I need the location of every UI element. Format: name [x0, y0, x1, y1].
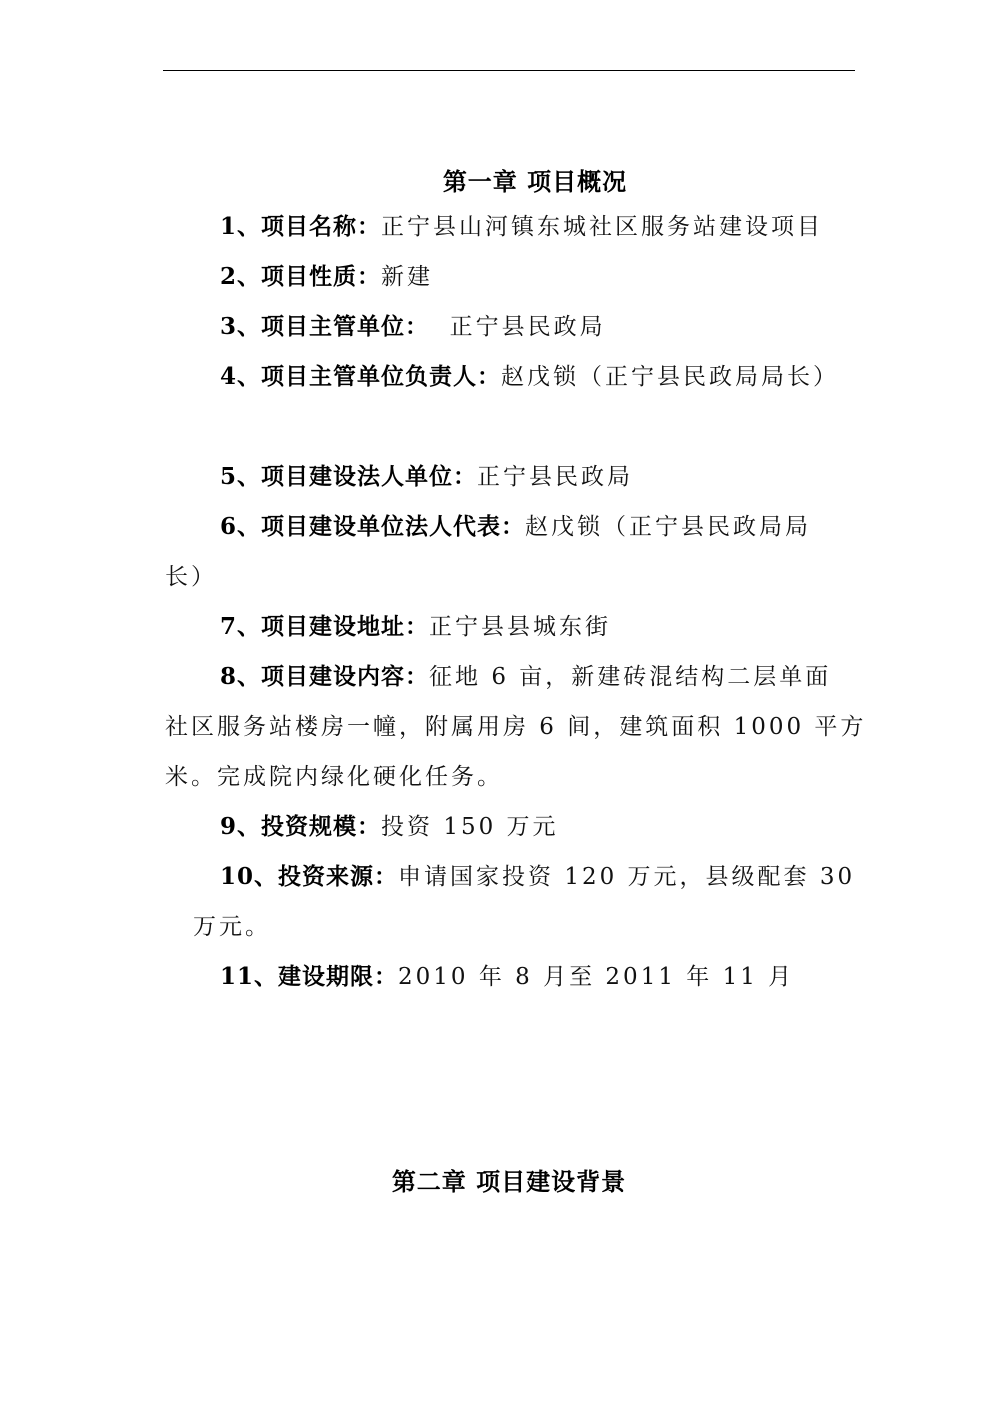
item-legal-entity: 5、项目建设法人单位：正宁县民政局 — [220, 462, 633, 492]
item-investment-source-cont: 万元。 — [193, 912, 271, 942]
item-investment-scale: 9、投资规模：投资 150 万元 — [220, 812, 559, 842]
item-investment-source: 10、投资来源：申请国家投资 120 万元，县级配套 30 — [220, 862, 855, 892]
item-legal-representative-cont: 长） — [165, 562, 217, 592]
item-label: 4、项目主管单位负责人： — [220, 363, 501, 390]
item-construction-content-cont2: 米。完成院内绿化硬化任务。 — [165, 762, 503, 792]
item-construction-content: 8、项目建设内容：征地 6 亩，新建砖混结构二层单面 — [220, 662, 831, 692]
item-value: 投资 150 万元 — [381, 814, 559, 840]
item-label: 3、项目主管单位： — [220, 313, 429, 340]
item-value: 正宁县民政局 — [477, 464, 633, 490]
item-construction-address: 7、项目建设地址：正宁县县城东街 — [220, 612, 611, 642]
item-label: 6、项目建设单位法人代表： — [220, 513, 525, 540]
item-value: 征地 6 亩，新建砖混结构二层单面 — [429, 664, 831, 690]
item-value: 正宁县山河镇东城社区服务站建设项目 — [381, 214, 823, 240]
item-label: 8、项目建设内容： — [220, 663, 429, 690]
item-label: 5、项目建设法人单位： — [220, 463, 477, 490]
item-value: 2010 年 8 月至 2011 年 11 月 — [398, 964, 794, 990]
item-label: 2、项目性质： — [220, 263, 381, 290]
header-rule — [163, 70, 855, 71]
item-supervising-unit: 3、项目主管单位： 正宁县民政局 — [220, 312, 606, 342]
item-supervising-unit-head: 4、项目主管单位负责人：赵戊锁（正宁县民政局局长） — [220, 362, 839, 392]
item-label: 10、投资来源： — [220, 863, 398, 890]
item-label: 7、项目建设地址： — [220, 613, 429, 640]
item-label: 11、建设期限： — [220, 963, 398, 990]
item-construction-content-cont: 社区服务站楼房一幢，附属用房 6 间，建筑面积 1000 平方 — [165, 712, 866, 742]
item-value: 申请国家投资 120 万元，县级配套 30 — [398, 864, 855, 890]
item-value: 赵戊锁（正宁县民政局局 — [525, 514, 811, 540]
chapter-2-title: 第二章 项目建设背景 — [0, 1162, 993, 1197]
item-label: 1、项目名称： — [220, 213, 381, 240]
item-label: 9、投资规模： — [220, 813, 381, 840]
item-value: 正宁县民政局 — [429, 314, 606, 340]
item-value: 新建 — [381, 264, 433, 290]
item-legal-representative: 6、项目建设单位法人代表：赵戊锁（正宁县民政局局 — [220, 512, 811, 542]
item-value: 赵戊锁（正宁县民政局局长） — [501, 364, 839, 390]
item-value: 正宁县县城东街 — [429, 614, 611, 640]
item-project-nature: 2、项目性质：新建 — [220, 262, 433, 292]
item-project-name: 1、项目名称：正宁县山河镇东城社区服务站建设项目 — [220, 212, 823, 242]
chapter-1-title: 第一章 项目概况 — [0, 162, 993, 197]
item-construction-period: 11、建设期限：2010 年 8 月至 2011 年 11 月 — [220, 962, 794, 992]
